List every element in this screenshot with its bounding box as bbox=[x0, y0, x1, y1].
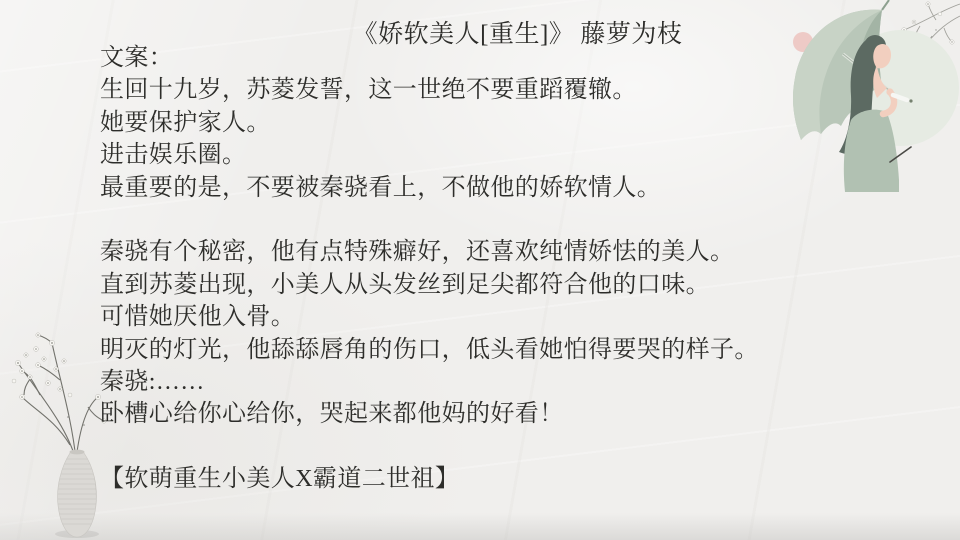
text-line: 直到苏菱出现，小美人从头发丝到足尖都符合他的口味。 bbox=[100, 269, 940, 301]
synopsis-text: 文案： 生回十九岁，苏菱发誓，这一世绝不要重蹈覆辙。 她要保护家人。 进击娱乐圈… bbox=[100, 42, 940, 495]
text-line: 生回十九岁，苏菱发誓，这一世绝不要重蹈覆辙。 bbox=[100, 74, 940, 106]
text-line: 最重要的是，不要被秦骁看上，不做他的娇软情人。 bbox=[100, 172, 940, 204]
blossoms bbox=[12, 333, 106, 426]
text-line: 秦骁:…… bbox=[100, 366, 940, 398]
text-line: 她要保护家人。 bbox=[100, 107, 940, 139]
text-line: 进击娱乐圈。 bbox=[100, 139, 940, 171]
text-line-blank bbox=[100, 431, 940, 463]
text-line: 明灭的灯光，他舔舔唇角的伤口，低头看她怕得要哭的样子。 bbox=[100, 334, 940, 366]
text-line: 卧槽心给你心给你，哭起来都他妈的好看！ bbox=[100, 398, 940, 430]
text-line: 文案： bbox=[100, 42, 940, 74]
text-line-blank bbox=[100, 204, 940, 236]
branch-stems bbox=[18, 335, 104, 460]
slide-page: 《娇软美人[重生]》藤萝为枝 文案： 生回十九岁，苏菱发誓，这一世绝不要重蹈覆辙… bbox=[0, 0, 960, 540]
text-line: 可惜她厌他入骨。 bbox=[100, 301, 940, 333]
vase-body bbox=[50, 449, 104, 537]
text-line-tagline: 【软萌重生小美人X霸道二世祖】 bbox=[100, 463, 940, 495]
text-line: 秦骁有个秘密，他有点特殊癖好，还喜欢纯情娇怯的美人。 bbox=[100, 236, 940, 268]
